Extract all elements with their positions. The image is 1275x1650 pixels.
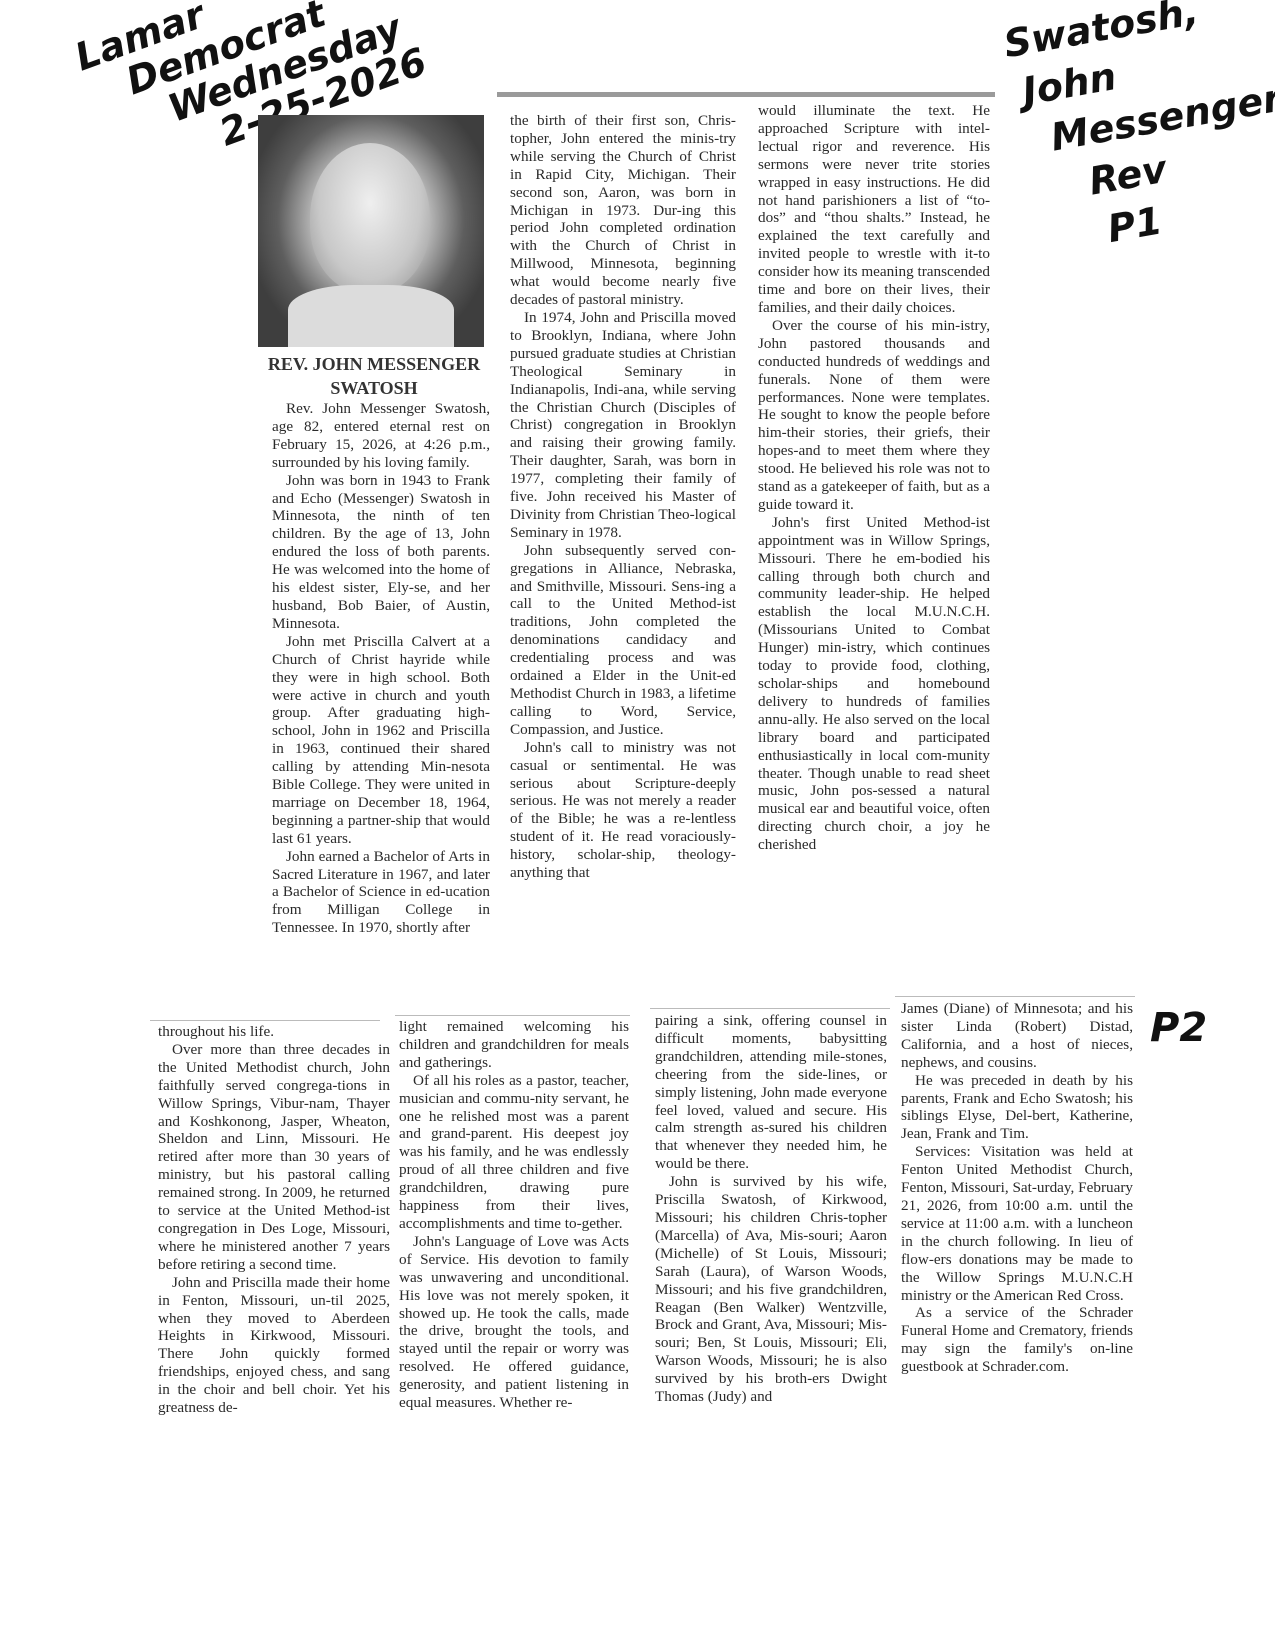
clipping-edge xyxy=(650,1008,890,1009)
column-3: would illuminate the text. He approached… xyxy=(758,102,990,854)
paragraph: John's call to ministry was not casual o… xyxy=(510,739,736,882)
column-1: Rev. John Messenger Swatosh, age 82, ent… xyxy=(272,400,490,937)
paragraph: Over the course of his min-istry, John p… xyxy=(758,317,990,514)
paragraph: James (Diane) of Minnesota; and his sist… xyxy=(901,1000,1133,1072)
paragraph: John is survived by his wife, Priscilla … xyxy=(655,1173,887,1406)
paragraph: pairing a sink, offering counsel in diff… xyxy=(655,1012,887,1173)
paragraph: John and Priscilla made their home in Fe… xyxy=(158,1274,390,1417)
column-5: light remained welcoming his children an… xyxy=(399,1018,629,1412)
column-4: throughout his life. Over more than thre… xyxy=(158,1023,390,1417)
paragraph: Over more than three decades in the Unit… xyxy=(158,1041,390,1274)
paragraph: As a service of the Schrader Funeral Hom… xyxy=(901,1304,1133,1376)
paragraph: He was preceded in death by his parents,… xyxy=(901,1072,1133,1144)
portrait-photo xyxy=(258,115,484,347)
paragraph: John met Priscilla Calvert at a Church o… xyxy=(272,633,490,848)
portrait-face xyxy=(310,143,430,293)
clipping-edge xyxy=(395,1015,630,1016)
portrait-collar xyxy=(288,285,454,347)
paragraph: John's first United Method-ist appointme… xyxy=(758,514,990,854)
paragraph: John's Language of Love was Acts of Serv… xyxy=(399,1233,629,1412)
clipping-top-rule xyxy=(497,92,995,97)
paragraph: would illuminate the text. He approached… xyxy=(758,102,990,317)
column-6: pairing a sink, offering counsel in diff… xyxy=(655,1012,887,1406)
paragraph: John subsequently served con-gregations … xyxy=(510,542,736,739)
paragraph: John earned a Bachelor of Arts in Sacred… xyxy=(272,848,490,938)
paragraph: the birth of their first son, Chris-toph… xyxy=(510,112,736,309)
clipping-edge xyxy=(895,996,1135,997)
clipping-edge xyxy=(150,1020,380,1021)
handwritten-page2-marker: P2 xyxy=(1150,1005,1207,1051)
obituary-headline: REV. JOHN MESSENGER SWATOSH xyxy=(258,352,490,400)
handwritten-name-note: Swatosh, John Messenger Rev P1 xyxy=(1000,0,1275,266)
paragraph: Of all his roles as a pastor, teacher, m… xyxy=(399,1072,629,1233)
paragraph: throughout his life. xyxy=(158,1023,390,1041)
paragraph: light remained welcoming his children an… xyxy=(399,1018,629,1072)
column-2: the birth of their first son, Chris-toph… xyxy=(510,112,736,882)
paragraph: Services: Visitation was held at Fenton … xyxy=(901,1143,1133,1304)
column-7: James (Diane) of Minnesota; and his sist… xyxy=(901,1000,1133,1376)
paragraph: John was born in 1943 to Frank and Echo … xyxy=(272,472,490,633)
paragraph: In 1974, John and Priscilla moved to Bro… xyxy=(510,309,736,542)
paragraph: Rev. John Messenger Swatosh, age 82, ent… xyxy=(272,400,490,472)
